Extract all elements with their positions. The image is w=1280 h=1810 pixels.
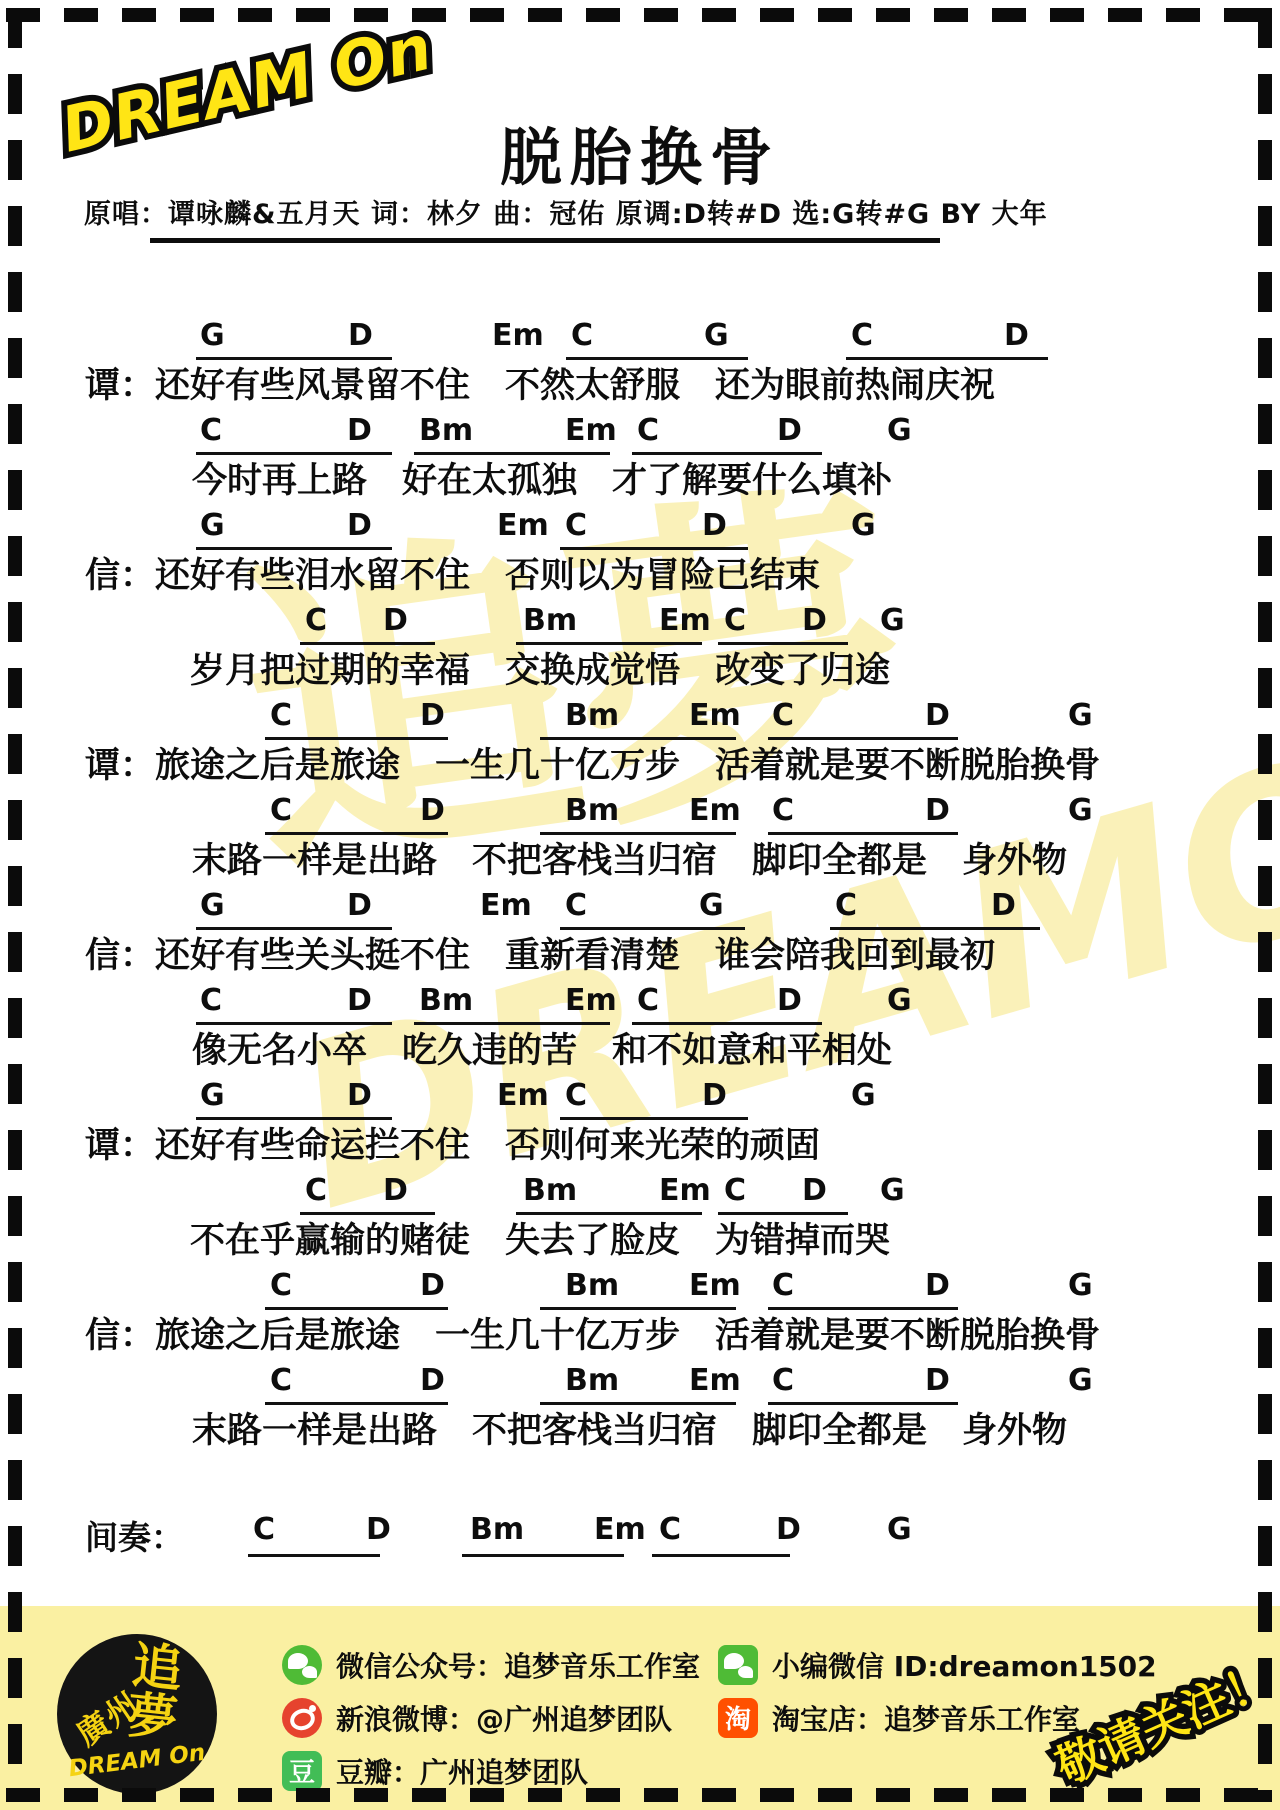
chord: C [270,1268,292,1303]
chord: C [851,318,873,353]
chord-underline [768,832,958,835]
song-line: CDBmEmCDG不在乎赢输的赌徒 失去了脸皮 为错掉而哭 [0,1171,1280,1266]
chord-underline [768,737,958,740]
chord: Bm [565,1363,619,1398]
chord: G [1068,1363,1093,1398]
chords-row: CDBmEmCDG [0,1361,1280,1407]
chord: D [347,983,372,1018]
chord: C [835,888,857,923]
chord: D [347,508,372,543]
chord: C [200,413,222,448]
chord-underline [300,1212,435,1215]
chords-row: CDBmEmCDG [0,411,1280,457]
chord: G [699,888,724,923]
chord-underline [248,1554,380,1557]
page-title: 脱胎换骨 [500,108,780,197]
chord: C [659,1512,681,1547]
chord: G [887,1512,912,1547]
chord-underline [540,832,736,835]
lyric-line: 谭：旅途之后是旅途 一生几十亿万步 活着就是要不断脱胎换骨 [0,742,1280,791]
chord: D [925,698,950,733]
chord: Em [659,603,711,638]
chord: Bm [565,793,619,828]
chord-underline [265,1402,448,1405]
chord: G [1068,698,1093,733]
footer-band: 廣州 追夢 DREAM On 微信公众号：追梦音乐工作室新浪微博：@广州追梦团队… [0,1606,1280,1810]
chord: D [702,508,727,543]
chord: Em [565,413,617,448]
chord: G [880,603,905,638]
chord: C [305,1173,327,1208]
chord: C [772,698,794,733]
chord-underline [196,1022,392,1025]
chord: C [200,983,222,1018]
song-line: GDEmCGCD谭：还好有些风景留不住 不然太舒服 还为眼前热闹庆祝 [0,316,1280,411]
chord-underline [768,1402,958,1405]
interlude-label: 间奏： [85,1512,184,1559]
chord: G [887,413,912,448]
chord: D [383,603,408,638]
chord: Em [480,888,532,923]
chord: D [925,1268,950,1303]
chord: Em [689,1268,741,1303]
chord: D [420,698,445,733]
wechat-icon [282,1645,322,1685]
chord: D [347,1078,372,1113]
chord-underline [414,1022,610,1025]
chord: D [347,413,372,448]
chord: D [702,1078,727,1113]
chord-underline [846,357,1048,360]
douban-icon: 豆 [282,1751,322,1791]
chords-row: CDBmEmCDG [0,981,1280,1027]
footer-link-label: 淘宝店：追梦音乐工作室 [772,1698,1080,1738]
chord: D [991,888,1016,923]
wechat-square-icon [718,1645,758,1685]
lyric-line: 像无名小卒 吃久违的苦 和不如意和平相处 [0,1027,1280,1076]
footer-link-label: 豆瓣：广州追梦团队 [336,1751,588,1791]
chord-underline [632,1022,822,1025]
chord-underline [718,1212,848,1215]
chord-underline [414,452,610,455]
chord: Em [492,318,544,353]
song-sheet-page: 追夢 DREAMOn DREAM On DREAM On 脱胎换骨 原唱：谭咏麟… [0,0,1280,1810]
chord: D [777,983,802,1018]
chord-underline [196,547,392,550]
lyric-line: 末路一样是出路 不把客栈当归宿 脚印全都是 身外物 [0,837,1280,886]
chord: Em [659,1173,711,1208]
chord-underline [540,1402,736,1405]
chord: D [420,793,445,828]
chord-underline [196,927,392,930]
chord: D [925,1363,950,1398]
chord: C [305,603,327,638]
chord: Em [689,698,741,733]
chord-underline [560,1117,748,1120]
chord: Em [689,1363,741,1398]
chord: Bm [565,698,619,733]
chords-row: CDBmEmCDG [0,791,1280,837]
chord-underline [196,452,392,455]
chord: Bm [470,1512,524,1547]
song-line: CDBmEmCDG谭：旅途之后是旅途 一生几十亿万步 活着就是要不断脱胎换骨 [0,696,1280,791]
song-line: CDBmEmCDG像无名小卒 吃久违的苦 和不如意和平相处 [0,981,1280,1076]
dream-on-logo-fill: DREAM On [55,10,439,166]
song-line: CDBmEmCDG岁月把过期的幸福 交换成觉悟 改变了归途 [0,601,1280,696]
chord: C [772,1363,794,1398]
chord: Bm [523,1173,577,1208]
chord-underline [196,357,392,360]
lyric-line: 信：还好有些关头挺不住 重新看清楚 谁会陪我回到最初 [0,932,1280,981]
chord: G [1068,1268,1093,1303]
chord: D [420,1363,445,1398]
chord: G [704,318,729,353]
chord-underline [516,642,702,645]
chord: D [776,1512,801,1547]
lyric-line: 信：旅途之后是旅途 一生几十亿万步 活着就是要不断脱胎换骨 [0,1312,1280,1361]
chord: Bm [419,983,473,1018]
footer-link-row: 小编微信 ID:dreamon1502 [718,1638,1157,1691]
chord: G [200,888,225,923]
lyric-line: 不在乎赢输的赌徒 失去了脸皮 为错掉而哭 [0,1217,1280,1266]
footer-link-row: 新浪微博：@广州追梦团队 [282,1691,700,1744]
page-border-top [6,8,1274,22]
chord: G [200,508,225,543]
chord: D [366,1512,391,1547]
chord-underline [516,1212,702,1215]
chord: Em [497,508,549,543]
credits-underline [150,238,940,243]
chord-underline [196,1117,392,1120]
chord: C [565,1078,587,1113]
chord: C [724,1173,746,1208]
chord: D [1004,318,1029,353]
song-credits: 原唱：谭咏麟&五月天 词：林夕 曲：冠佑 原调:D转#D 选:G转#G BY 大… [84,192,1048,231]
chord-underline [300,642,435,645]
circle-logo: 廣州 追夢 DREAM On [57,1634,217,1794]
chord-underline [540,737,736,740]
lyric-line: 末路一样是出路 不把客栈当归宿 脚印全都是 身外物 [0,1407,1280,1456]
chord: C [772,793,794,828]
chord: G [851,508,876,543]
chords-row: GDEmCDG [0,1076,1280,1122]
chord-underline [540,1307,736,1310]
lyric-line: 岁月把过期的幸福 交换成觉悟 改变了归途 [0,647,1280,696]
song-line: CDBmEmCDG末路一样是出路 不把客栈当归宿 脚印全都是 身外物 [0,1361,1280,1456]
chords-row: CDBmEmCDG [0,601,1280,647]
chord: C [270,1363,292,1398]
chord: C [571,318,593,353]
lyric-line: 今时再上路 好在太孤独 才了解要什么填补 [0,457,1280,506]
song-line: CDBmEmCDG今时再上路 好在太孤独 才了解要什么填补 [0,411,1280,506]
circle-logo-zhuimeng: 追夢 [110,1637,192,1744]
footer-link-row: 豆豆瓣：广州追梦团队 [282,1744,700,1797]
chord: C [772,1268,794,1303]
chords-row: CDBmEmCDG [0,696,1280,742]
chord: Bm [523,603,577,638]
song-line: GDEmCDG谭：还好有些命运拦不住 否则何来光荣的顽固 [0,1076,1280,1171]
chord: G [200,318,225,353]
footer-links-column-1: 微信公众号：追梦音乐工作室新浪微博：@广州追梦团队豆豆瓣：广州追梦团队 [282,1638,700,1797]
chord-underline [462,1554,624,1557]
chord: G [200,1078,225,1113]
chord: C [637,413,659,448]
song-line: CDBmEmCDG末路一样是出路 不把客栈当归宿 脚印全都是 身外物 [0,791,1280,886]
chord: C [637,983,659,1018]
chord: C [253,1512,275,1547]
song-line: GDEmCDG信：还好有些泪水留不住 否则以为冒险已结束 [0,506,1280,601]
chord: D [925,793,950,828]
footer-link-label: 新浪微博：@广州追梦团队 [336,1698,672,1738]
chords-row: CDBmEmCDG [0,1171,1280,1217]
chord: Em [565,983,617,1018]
chord-underline [265,737,448,740]
chord: Em [497,1078,549,1113]
chord: Bm [565,1268,619,1303]
weibo-icon [282,1698,322,1738]
chord: C [565,888,587,923]
chord: D [347,888,372,923]
lyric-line: 谭：还好有些风景留不住 不然太舒服 还为眼前热闹庆祝 [0,362,1280,411]
footer-link-row: 微信公众号：追梦音乐工作室 [282,1638,700,1691]
chords-row: GDEmCDG [0,506,1280,552]
chord-underline [632,452,822,455]
chord-underline [560,547,748,550]
chord: Em [689,793,741,828]
chord-underline [830,927,1040,930]
interlude-line: 间奏：CDBmEmCDG [0,1508,1280,1570]
chord: Bm [419,413,473,448]
chord: C [270,793,292,828]
chord: G [880,1173,905,1208]
chord-sheet: GDEmCGCD谭：还好有些风景留不住 不然太舒服 还为眼前热闹庆祝CDBmEm… [0,316,1280,1570]
chord: C [565,508,587,543]
chord: D [802,1173,827,1208]
chord: G [887,983,912,1018]
chord-underline [560,927,745,930]
chords-row: GDEmCGCD [0,886,1280,932]
chord-underline [265,832,448,835]
taobao-icon: 淘 [718,1698,758,1738]
dream-on-logo: DREAM On DREAM On [55,10,439,166]
lyric-line: 谭：还好有些命运拦不住 否则何来光荣的顽固 [0,1122,1280,1171]
song-line: GDEmCGCD信：还好有些关头挺不住 重新看清楚 谁会陪我回到最初 [0,886,1280,981]
footer-link-label: 微信公众号：追梦音乐工作室 [336,1645,700,1685]
chord-underline [265,1307,448,1310]
chord: C [724,603,746,638]
chords-row: CDBmEmCDG [0,1266,1280,1312]
chord: C [270,698,292,733]
chord-underline [768,1307,958,1310]
chord: D [777,413,802,448]
chord: G [1068,793,1093,828]
chord: Em [594,1512,646,1547]
chord-underline [652,1554,790,1557]
chord: D [348,318,373,353]
lyric-line: 信：还好有些泪水留不住 否则以为冒险已结束 [0,552,1280,601]
chord: G [851,1078,876,1113]
chords-row: GDEmCGCD [0,316,1280,362]
chord: D [802,603,827,638]
footer-link-label: 小编微信 ID:dreamon1502 [772,1645,1157,1685]
chord-underline [718,642,848,645]
song-line: CDBmEmCDG信：旅途之后是旅途 一生几十亿万步 活着就是要不断脱胎换骨 [0,1266,1280,1361]
chord: D [383,1173,408,1208]
chord: D [420,1268,445,1303]
chord-underline [566,357,748,360]
